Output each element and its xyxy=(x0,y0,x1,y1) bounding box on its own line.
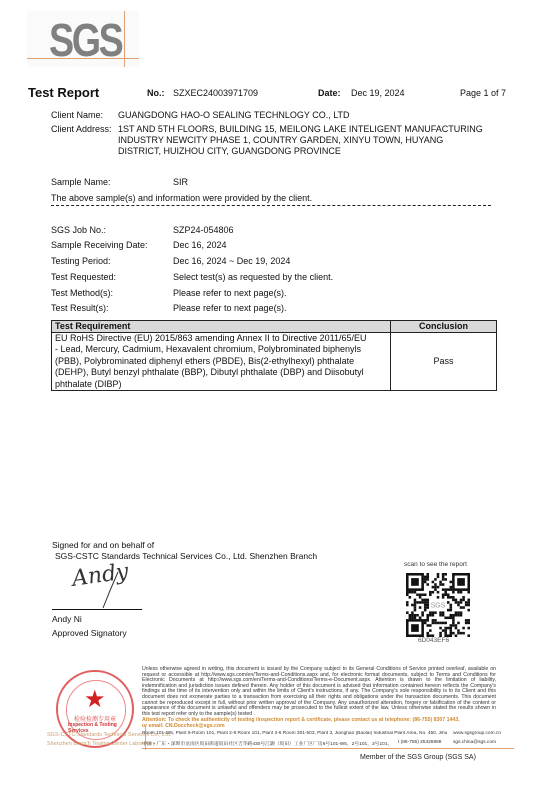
signed-on-behalf: Signed for and on behalf of xyxy=(52,540,154,550)
company-email[interactable]: sgs.china@sgs.com xyxy=(453,740,496,745)
logo-text: SGS xyxy=(49,17,121,63)
sample-name-label: Sample Name: xyxy=(51,177,111,187)
report-number-label: No.: xyxy=(147,88,165,98)
requirement-line: - Lead, Mercury, Cadmium, Hexavalent chr… xyxy=(55,344,387,355)
receiving-date-label: Sample Receiving Date: xyxy=(51,240,148,250)
table-header-row: Test Requirement Conclusion xyxy=(52,321,497,333)
svg-text:SGS: SGS xyxy=(431,603,446,610)
header-test-requirement: Test Requirement xyxy=(52,321,391,333)
report-number: SZXEC24003971709 xyxy=(173,88,258,98)
report-title: Test Report xyxy=(28,85,99,100)
client-address-line: 1ST AND 5TH FLOORS, BUILDING 15, MEILONG… xyxy=(118,124,518,135)
job-no-label: SGS Job No.: xyxy=(51,225,106,235)
signer-title: Approved Signatory xyxy=(52,628,127,638)
legal-disclaimer: Unless otherwise agreed in writing, this… xyxy=(142,667,496,717)
testing-period-label: Testing Period: xyxy=(51,256,111,266)
page-indicator: Page 1 of 7 xyxy=(460,88,506,98)
conclusion-cell: Pass xyxy=(391,333,497,391)
sample-note: The above sample(s) and information were… xyxy=(51,193,312,203)
dashed-divider xyxy=(51,205,491,206)
test-requested: Select test(s) as requested by the clien… xyxy=(173,272,333,282)
test-methods-label: Test Method(s): xyxy=(51,288,113,298)
client-name: GUANGDONG HAO-O SEALING TECHNLOGY CO., L… xyxy=(118,110,350,120)
test-requested-label: Test Requested: xyxy=(51,272,116,282)
logo-vertical-line xyxy=(124,11,125,67)
testing-period: Dec 16, 2024 ~ Dec 19, 2024 xyxy=(173,256,290,266)
signature-line xyxy=(52,609,142,610)
client-address-line: DISTRICT, HUIZHOU CITY, GUANGDONG PROVIN… xyxy=(118,146,518,157)
stamp-footer-line: Shenzhen Branch Testing Center Laborator… xyxy=(47,741,155,747)
test-results: Please refer to next page(s). xyxy=(173,303,287,313)
client-address: 1ST AND 5TH FLOORS, BUILDING 15, MEILONG… xyxy=(118,124,518,157)
client-address-label: Client Address: xyxy=(51,124,112,134)
signing-company: SGS-CSTC Standards Technical Services Co… xyxy=(55,551,317,561)
job-no: SZP24-054806 xyxy=(173,225,234,235)
member-statement: Member of the SGS Group (SGS SA) xyxy=(360,754,476,761)
star-icon: ★ xyxy=(84,688,106,712)
requirement-line: (DEHP), Butyl benzyl phthalate (BBP), Di… xyxy=(55,367,387,378)
requirement-cell: EU RoHS Directive (EU) 2015/863 amending… xyxy=(52,333,391,391)
qr-verification-code: 6D043EF6 xyxy=(418,637,449,644)
table-row: EU RoHS Directive (EU) 2015/863 amending… xyxy=(52,333,497,391)
authenticity-notice: Attention: To check the authenticity of … xyxy=(142,718,502,729)
qr-caption: scan to see the report xyxy=(404,561,467,568)
requirement-line: EU RoHS Directive (EU) 2015/863 amending… xyxy=(55,333,387,344)
authenticity-email[interactable]: or email: CN.Doccheck@sgs.com xyxy=(142,724,502,730)
logo-horizontal-line xyxy=(27,58,139,59)
sample-name: SIR xyxy=(173,177,188,187)
receiving-date: Dec 16, 2024 xyxy=(173,240,227,250)
client-name-label: Client Name: xyxy=(51,110,103,120)
test-methods: Please refer to next page(s). xyxy=(173,288,287,298)
company-website[interactable]: www.sgsgroup.com.cn xyxy=(453,731,501,736)
test-results-label: Test Result(s): xyxy=(51,303,109,313)
requirement-line: (PBB), Polybrominated diphenyl ethers (P… xyxy=(55,356,387,367)
report-date-label: Date: xyxy=(318,88,341,98)
company-address-cn: 中国・广东・深圳市龙岗区坂田街道坂田社区吉华路430号江灏（坂田）工业厂区厂房6… xyxy=(142,740,392,747)
signature-stroke xyxy=(100,570,120,612)
qr-code[interactable]: SGS xyxy=(406,573,470,637)
test-requirement-table: Test Requirement Conclusion EU RoHS Dire… xyxy=(51,320,497,391)
report-date: Dec 19, 2024 xyxy=(351,88,405,98)
footer-rule xyxy=(142,748,514,749)
signer-name: Andy Ni xyxy=(52,614,82,624)
requirement-line: phthalate (DIBP) xyxy=(55,379,387,390)
company-phone: t (86-755) 25328888 xyxy=(398,740,441,745)
client-address-line: INDUSTRY NEWCITY PHASE 1, COUNTRY GARDEN… xyxy=(118,135,518,146)
sgs-logo: SGS xyxy=(27,11,139,67)
header-conclusion: Conclusion xyxy=(391,321,497,333)
company-address-en: Room 101-W5, Plant 6-Room 101, Plant 2-8… xyxy=(142,731,447,736)
